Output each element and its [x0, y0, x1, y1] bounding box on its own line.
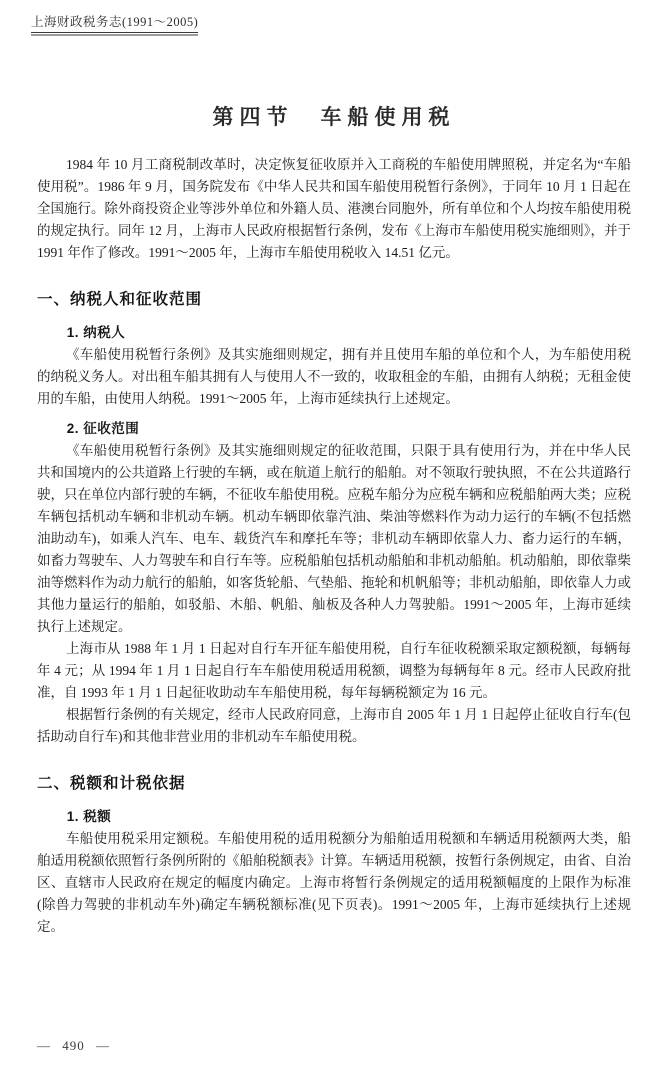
- intro-paragraph: 1984 年 10 月工商税制改革时，决定恢复征收原并入工商税的车船使用牌照税，…: [37, 154, 631, 264]
- subsection-2-1-paragraph: 车船使用税采用定额税。车船使用税的适用税额分为船舶适用税额和车辆适用税额两大类，…: [37, 828, 631, 938]
- subsection-1-2-paragraph-3: 根据暂行条例的有关规定，经市人民政府同意，上海市自 2005 年 1 月 1 日…: [37, 704, 631, 748]
- subsection-1-2-paragraph-1: 《车船使用税暂行条例》及其实施细则规定的征收范围，只限于具有使用行为，并在中华人…: [37, 440, 631, 638]
- document-page: 上海财政税务志(1991～2005) 第四节 车船使用税 1984 年 10 月…: [0, 0, 668, 1070]
- subsection-1-2-paragraph-2: 上海市从 1988 年 1 月 1 日起对自行车开征车船使用税，自行车征收税额采…: [37, 638, 631, 704]
- section-1-heading: 一、纳税人和征收范围: [37, 287, 631, 309]
- section-2-heading: 二、税额和计税依据: [37, 771, 631, 793]
- page-number: — 490 —: [37, 1038, 110, 1054]
- page-title: 第四节 车船使用税: [37, 101, 631, 131]
- subsection-2-1-heading: 1. 税额: [37, 805, 631, 825]
- page-content: 第四节 车船使用税 1984 年 10 月工商税制改革时，决定恢复征收原并入工商…: [37, 0, 631, 938]
- subsection-1-1-paragraph: 《车船使用税暂行条例》及其实施细则规定，拥有并且使用车船的单位和个人，为车船使用…: [37, 344, 631, 410]
- subsection-1-1-heading: 1. 纳税人: [37, 321, 631, 341]
- subsection-1-2-heading: 2. 征收范围: [37, 417, 631, 437]
